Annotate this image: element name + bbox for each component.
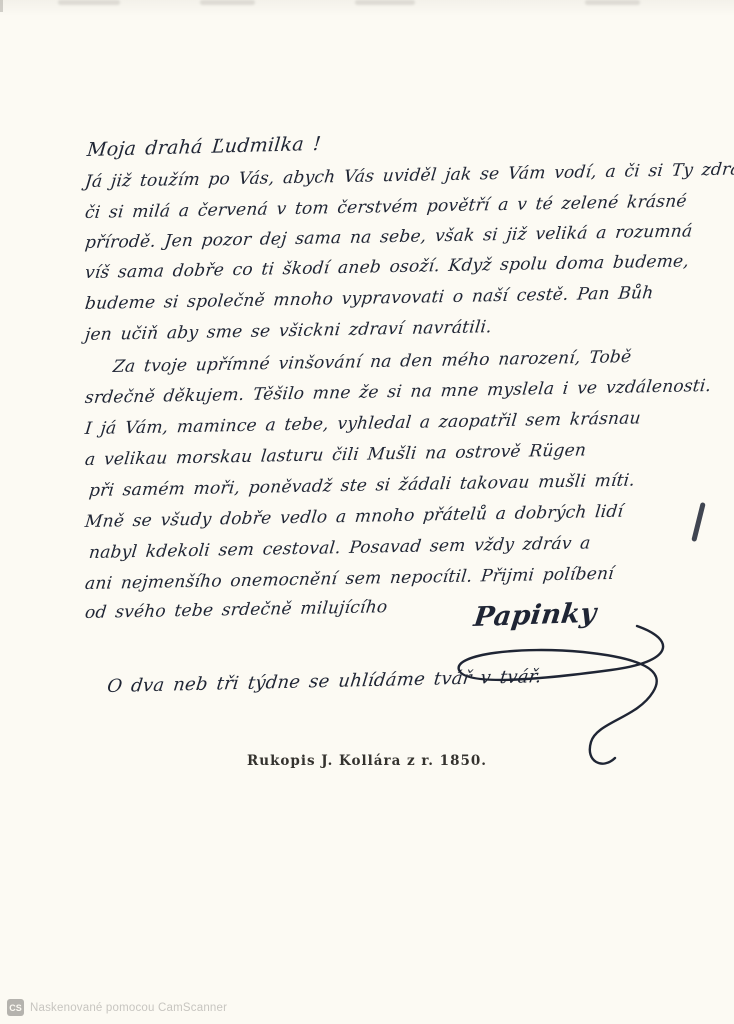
scanned-letter-page: Moja drahá Ľudmilka ! Já již toužím po V… xyxy=(0,0,734,1024)
letter-line: přírodě. Jen pozor dej sama na sebe, vša… xyxy=(84,221,693,253)
scan-edge-artifact xyxy=(0,0,3,12)
scan-smudge xyxy=(200,0,255,5)
postscript-line: O dva neb tři týdne se uhlídáme tvář v t… xyxy=(106,666,543,697)
letter-line: I já Vám, mamince a tebe, vyhledal a zao… xyxy=(84,408,642,439)
signature: Papinky xyxy=(472,598,598,633)
letter-line: či si milá a červená v tom čerstvém pově… xyxy=(84,191,688,223)
camscanner-watermark: CS Naskenované pomocou CamScanner xyxy=(7,999,227,1016)
letter-line: Za tvoje upřímné vinšování na den mého n… xyxy=(112,347,632,377)
scan-smudge xyxy=(585,0,640,5)
scan-smudge xyxy=(58,0,120,5)
letter-line: od svého tebe srdečně milujícího xyxy=(84,597,388,623)
letter-line: ani nejmenšího onemocnění sem nepocítil.… xyxy=(84,564,615,594)
ink-blot xyxy=(691,502,706,542)
figure-caption: Rukopis J. Kollára z r. 1850. xyxy=(0,753,734,769)
scan-smudge xyxy=(355,0,415,5)
letter-line: budeme si společně mnoho vypravovati o n… xyxy=(84,283,654,314)
camscanner-badge-icon: CS xyxy=(7,999,24,1016)
letter-line: víš sama dobře co ti škodí aneb osoží. K… xyxy=(84,251,690,283)
letter-line: nabyl kdekoli sem cestoval. Posavad sem … xyxy=(88,533,592,563)
letter-line: Já již toužím po Vás, abych Vás uviděl j… xyxy=(84,159,734,192)
camscanner-watermark-text: Naskenované pomocou CamScanner xyxy=(30,1002,227,1014)
letter-line: při samém moři, poněvadž ste si žádali t… xyxy=(88,471,636,501)
letter-line: jen učiň aby sme se všickni zdraví navrá… xyxy=(84,317,493,345)
letter-line: Mně se všudy dobře vedlo a mnoho přátelů… xyxy=(84,502,624,532)
letter-line: a velikau morskau lasturu čili Mušli na … xyxy=(84,440,587,470)
letter-line: srdečně děkujem. Těšilo mne že si na mne… xyxy=(84,376,712,408)
letter-salutation: Moja drahá Ľudmilka ! xyxy=(86,133,322,161)
